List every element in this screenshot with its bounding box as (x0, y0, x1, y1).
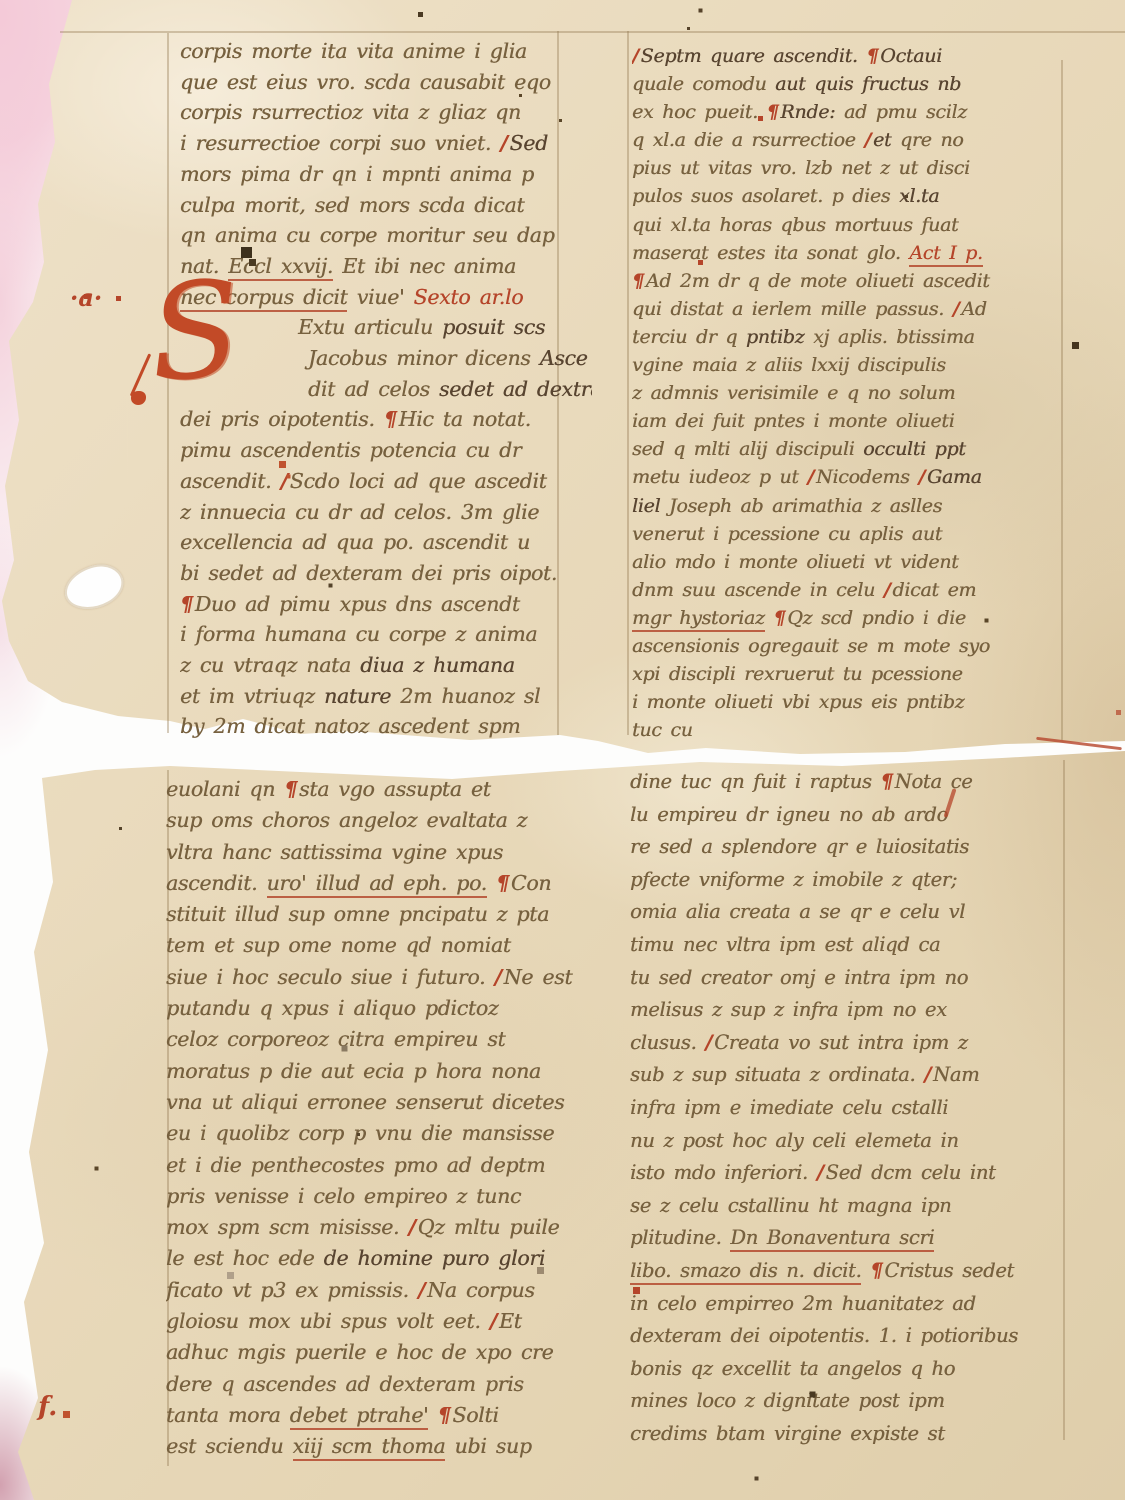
rubric-text: / (418, 1278, 425, 1302)
manuscript-text: z admnis verisimile e q no solum (632, 382, 955, 404)
manuscript-line: credims btam virgine expiste st (630, 1418, 1068, 1451)
manuscript-text: Duo ad pimu xpus dns ascendt (195, 592, 520, 616)
manuscript-text: Qz mltu puile (418, 1215, 560, 1239)
manuscript-line: ascendit. /Scdo loci ad que ascedit (180, 466, 592, 497)
manuscript-text: culpa morit, sed mors scda dicat (180, 193, 524, 217)
manuscript-line: ¶Duo ad pimu xpus dns ascendt (180, 589, 592, 620)
manuscript-text: aut quis fructus nb (775, 73, 961, 95)
manuscript-line: omia alia creata a se qr e celu vl (630, 896, 1068, 929)
manuscript-line: pulos suos asolaret. p dies xl.ta (632, 182, 1068, 210)
manuscript-text: vna ut aliqui erronee senserut dicetes (166, 1090, 564, 1114)
manuscript-line: qn anima cu corpe moritur seu dap (180, 220, 592, 251)
manuscript-line: et i die penthecostes pmo ad deptm (166, 1150, 590, 1181)
manuscript-text: re sed a splendore qr e luiositatis (630, 835, 969, 858)
rubric-text: ¶ (870, 1259, 882, 1282)
manuscript-text: quale comodu (632, 73, 775, 95)
manuscript-line: eu i quolibz corp p vnu die mansisse (166, 1118, 590, 1149)
manuscript-text: de homine puro glori (324, 1246, 546, 1270)
manuscript-text: viue' (347, 285, 413, 309)
manuscript-text: dicat em (892, 579, 976, 601)
manuscript-text: et i die penthecostes pmo ad deptm (166, 1153, 545, 1177)
manuscript-line: qui distat a ierlem mille passus. /Ad (632, 295, 1068, 323)
manuscript-text: dit ad celos (308, 377, 439, 401)
manuscript-text: maserat estes ita sonat glo. (632, 242, 909, 264)
manuscript-text: bi sedet ad dexteram dei pris oipot. (180, 561, 557, 585)
manuscript-line: culpa morit, sed mors scda dicat (180, 190, 592, 221)
manuscript-text: Dn Bonaventura scri (730, 1226, 934, 1252)
manuscript-line: xpi discipli rexruerut tu pcessione (632, 660, 1068, 688)
manuscript-line: iam dei fuit pntes i monte oliueti (632, 407, 1068, 435)
manuscript-text: qui distat a ierlem mille passus. (632, 298, 953, 320)
manuscript-text: mox spm scm misisse. (166, 1215, 408, 1239)
rubric-text: ¶ (866, 45, 878, 67)
manuscript-line: dei pris oipotentis. ¶Hic ta notat. (180, 404, 592, 435)
manuscript-text: Asce (540, 346, 588, 370)
rubric-text: / (953, 298, 960, 320)
manuscript-text: ascendit. (166, 871, 267, 895)
manuscript-text: Scdo loci ad que ascedit (290, 469, 547, 493)
manuscript-photo: corpis morte ita vita anime i gliaque es… (0, 0, 1125, 1500)
manuscript-text: ascendit. (180, 469, 281, 493)
manuscript-line: mines loco z dignitate post ipm (630, 1385, 1068, 1418)
manuscript-line: mors pima dr qn i mpnti anima p (180, 159, 592, 190)
manuscript-line: metu iudeoz p ut /Nicodems /Gama (632, 463, 1068, 491)
manuscript-line: z admnis verisimile e q no solum (632, 379, 1068, 407)
manuscript-text: Nicodems (816, 466, 918, 488)
manuscript-text: xj aplis. btissima (804, 326, 974, 348)
manuscript-text: tu sed creator omj e intra ipm no (630, 966, 968, 989)
manuscript-line: re sed a splendore qr e luiositatis (630, 831, 1068, 864)
manuscript-text: dnm suu ascende in celu (632, 579, 884, 601)
manuscript-text: adhuc mgis puerile e hoc de xpo cre (166, 1340, 553, 1364)
manuscript-text: Qz scd pndio i die (787, 607, 966, 629)
manuscript-text: xpi discipli rexruerut tu pcessione (632, 663, 963, 685)
rubric-text: / (884, 579, 891, 601)
rubric-text: / (817, 1161, 824, 1184)
manuscript-line: tanta mora debet ptrahe' ¶Solti (166, 1400, 590, 1431)
manuscript-line: tem et sup ome nome qd nomiat (166, 930, 590, 961)
manuscript-line: dexteram dei oipotentis. 1. i potioribus (630, 1320, 1068, 1353)
manuscript-text: clusus. (630, 1031, 705, 1054)
manuscript-line: quale comodu aut quis fructus nb (632, 70, 1068, 98)
manuscript-line: tu sed creator omj e intra ipm no (630, 962, 1068, 995)
manuscript-text: libo. smazo dis n. dicit. (630, 1259, 861, 1285)
manuscript-text: metu iudeoz p ut (632, 466, 807, 488)
manuscript-text: corpis rsurrectioz vita z gliaz qn (180, 100, 521, 124)
manuscript-line: z innuecia cu dr ad celos. 3m glie (180, 497, 592, 528)
manuscript-line: est sciendu xiij scm thoma ubi sup (166, 1431, 590, 1462)
manuscript-text: melisus z sup z infra ipm no ex (630, 998, 947, 1021)
rubric-text: Act I p. (909, 242, 982, 267)
manuscript-text: euolani qn (166, 777, 284, 801)
manuscript-text: Cristus sedet (884, 1259, 1014, 1282)
manuscript-text: Ne est (504, 965, 573, 989)
manuscript-line: melisus z sup z infra ipm no ex (630, 994, 1068, 1027)
manuscript-text: sta vgo assupta et (299, 777, 491, 801)
manuscript-line: que est eius vro. scda causabit eqo (180, 67, 592, 98)
manuscript-column-lower-left: euolani qn ¶sta vgo assupta etsup oms ch… (166, 774, 590, 1463)
manuscript-line: mox spm scm misisse. /Qz mltu puile (166, 1212, 590, 1243)
manuscript-line: venerut i pcessione cu aplis aut (632, 520, 1068, 548)
manuscript-text: Octaui (880, 45, 942, 67)
manuscript-line: q xl.a die a rsurrectioe /et qre no (632, 126, 1068, 154)
manuscript-text: ex hoc pueit. (632, 101, 767, 123)
manuscript-text: qre no (891, 129, 963, 151)
manuscript-line: /Septm quare ascendit. ¶Octaui (632, 42, 1068, 70)
manuscript-line: pfecte vniforme z imobile z qter; (630, 864, 1068, 897)
manuscript-text: qui xl.ta horas qbus mortuus fuat (632, 214, 958, 236)
manuscript-text (428, 1403, 437, 1427)
manuscript-text: nature (324, 684, 391, 708)
manuscript-text: xiij scm thoma (293, 1434, 446, 1461)
manuscript-text: Solti (452, 1403, 498, 1427)
manuscript-line: se z celu cstallinu ht magna ipn (630, 1190, 1068, 1223)
rubric-text: / (490, 1309, 497, 1333)
manuscript-text: timu nec vltra ipm est aliqd ca (630, 933, 940, 956)
rubric-text: ¶ (438, 1403, 451, 1427)
manuscript-text: Ad 2m dr q de mote oliueti ascedit (646, 270, 990, 292)
rubric-text: ¶ (881, 770, 893, 793)
manuscript-line: putandu q xpus i aliquo pdictoz (166, 993, 590, 1024)
rubric-text: Sexto ar.lo (414, 285, 524, 309)
manuscript-line: z cu vtraqz nata diua z humana (180, 650, 592, 681)
ink-specks (0, 0, 1, 1)
rubric-text: ¶ (767, 101, 779, 123)
manuscript-line: qui xl.ta horas qbus mortuus fuat (632, 211, 1068, 239)
manuscript-text: mors pima dr qn i mpnti anima p (180, 162, 534, 186)
manuscript-text: Septm quare ascendit. (641, 45, 867, 67)
manuscript-text: i resurrectioe corpi suo vniet. (180, 131, 500, 155)
manuscript-text: dei pris oipotentis. (180, 407, 384, 431)
manuscript-text: est sciendu (166, 1434, 293, 1458)
manuscript-text: putandu q xpus i aliquo pdictoz (166, 996, 498, 1020)
manuscript-line: vltra hanc sattissima vgine xpus (166, 837, 590, 868)
manuscript-text: pius ut vitas vro. lzb net z ut disci (632, 157, 970, 179)
manuscript-line: stituit illud sup omne pncipatu z pta (166, 899, 590, 930)
manuscript-line: euolani qn ¶sta vgo assupta et (166, 774, 590, 805)
manuscript-text: plitudine. (630, 1226, 730, 1249)
rubric-text: / (924, 1063, 931, 1086)
manuscript-text: uro' illud ad eph. po. (267, 871, 487, 898)
manuscript-text (861, 1259, 870, 1282)
manuscript-text: mines loco z dignitate post ipm (630, 1389, 945, 1412)
manuscript-text: stituit illud sup omne pncipatu z pta (166, 902, 549, 926)
manuscript-text: Et (499, 1309, 522, 1333)
manuscript-line: lu empireu dr igneu no ab ardo (630, 799, 1068, 832)
manuscript-line: gloiosu mox ubi spus volt eet. /Et (166, 1306, 590, 1337)
manuscript-text: z innuecia cu dr ad celos. 3m glie (180, 500, 539, 524)
manuscript-line: bonis qz excellit ta angelos q ho (630, 1353, 1068, 1386)
manuscript-text: diua z humana (360, 653, 515, 677)
rubric-text: ¶ (284, 777, 297, 801)
manuscript-text: Creata vo sut intra ipm z (714, 1031, 968, 1054)
manuscript-column-lower-right: dine tuc qn fuit i raptus ¶Nota celu emp… (630, 766, 1068, 1450)
manuscript-text: sedet ad dextraz (439, 377, 592, 401)
manuscript-line: corpis morte ita vita anime i glia (180, 36, 592, 67)
manuscript-text: Sed (509, 131, 547, 155)
manuscript-text: infra ipm e imediate celu cstalli (630, 1096, 948, 1119)
ruling-line-horizontal (60, 31, 1125, 33)
manuscript-line: nu z post hoc aly celi elemeta in (630, 1125, 1068, 1158)
manuscript-line: dine tuc qn fuit i raptus ¶Nota ce (630, 766, 1068, 799)
manuscript-text: Nam (933, 1063, 979, 1086)
manuscript-text: ficato vt p3 ex pmissis. (166, 1278, 418, 1302)
manuscript-text: ascensionis ogregauit se m mote syo (632, 635, 990, 657)
manuscript-text: excellencia ad qua po. ascendit u (180, 530, 530, 554)
manuscript-line: tuc cu (632, 716, 1068, 744)
manuscript-text: i forma humana cu corpe z anima (180, 622, 537, 646)
manuscript-text: Gama (927, 466, 982, 488)
manuscript-text: sed q mlti alij discipuli (632, 438, 863, 460)
manuscript-text: z cu vtraqz nata (180, 653, 360, 677)
manuscript-text: dine tuc qn fuit i raptus (630, 770, 881, 793)
manuscript-text: eu i quolibz corp p vnu die mansisse (166, 1121, 554, 1145)
manuscript-line: in celo empirreo 2m huanitatez ad (630, 1288, 1068, 1321)
manuscript-text: bonis qz excellit ta angelos q ho (630, 1357, 955, 1380)
manuscript-text: debet ptrahe' (290, 1403, 429, 1430)
manuscript-text: nu z post hoc aly celi elemeta in (630, 1129, 959, 1152)
manuscript-text: sup oms choros angeloz evaltata z (166, 808, 527, 832)
manuscript-text: Sed dcm celu int (826, 1161, 996, 1184)
rubric-text: / (918, 466, 925, 488)
manuscript-text: gloiosu mox ubi spus volt eet. (166, 1309, 490, 1333)
manuscript-text: q xl.a die a rsurrectioe (632, 129, 864, 151)
manuscript-text: posuit scs (442, 315, 545, 339)
manuscript-text: Nota ce (895, 770, 973, 793)
manuscript-line: ascendit. uro' illud ad eph. po. ¶Con (166, 868, 590, 899)
manuscript-line: et im vtriuqz nature 2m huanoz sl (180, 681, 592, 712)
manuscript-text: i monte oliueti vbi xpus eis pntibz (632, 691, 964, 713)
manuscript-text: iam dei fuit pntes i monte oliueti (632, 410, 954, 432)
ruling-line-gutter-right (627, 31, 629, 735)
manuscript-line: nat. Eccl xxvij. Et ibi nec anima (180, 251, 592, 282)
manuscript-line: alio mdo i monte oliueti vt vident (632, 548, 1068, 576)
rubric-text: / (705, 1031, 712, 1054)
manuscript-text: in celo empirreo 2m huanitatez ad (630, 1292, 976, 1315)
manuscript-line: pris venisse i celo empireo z tunc (166, 1181, 590, 1212)
manuscript-text: isto mdo inferiori. (630, 1161, 817, 1184)
rubric-text: / (494, 965, 501, 989)
manuscript-line: corpis rsurrectioz vita z gliaz qn (180, 97, 592, 128)
manuscript-text: corpis morte ita vita anime i glia (180, 39, 527, 63)
manuscript-line: pius ut vitas vro. lzb net z ut disci (632, 154, 1068, 182)
manuscript-line: vna ut aliqui erronee senserut dicetes (166, 1087, 590, 1118)
manuscript-text: Rnde: (780, 101, 835, 123)
manuscript-line: pimu ascendentis potencia cu dr (180, 435, 592, 466)
manuscript-line: mgr hystoriaz ¶Qz scd pndio i die (632, 604, 1068, 632)
manuscript-line: moratus p die aut ecia p hora nona (166, 1056, 590, 1087)
margin-mark-a: ·a· (70, 283, 102, 312)
manuscript-line: sup oms choros angeloz evaltata z (166, 805, 590, 836)
manuscript-text: celoz corporeoz citra empireu st (166, 1027, 505, 1051)
manuscript-text: Eccl xxvij. (228, 254, 333, 281)
manuscript-text: tem et sup ome nome qd nomiat (166, 933, 511, 957)
manuscript-line: terciu dr q pntibz xj aplis. btissima (632, 323, 1068, 351)
manuscript-text: Con (511, 871, 551, 895)
manuscript-line: ascensionis ogregauit se m mote syo (632, 632, 1068, 660)
rubric-text: / (864, 129, 871, 151)
manuscript-text: et im vtriuqz (180, 684, 324, 708)
manuscript-text: Jacobus minor dicens (308, 346, 540, 370)
rubric-text: ¶ (496, 871, 509, 895)
manuscript-column-upper-right: /Septm quare ascendit. ¶Octauiquale como… (632, 42, 1068, 744)
manuscript-line: bi sedet ad dexteram dei pris oipot. (180, 558, 592, 589)
manuscript-line: isto mdo inferiori. /Sed dcm celu int (630, 1157, 1068, 1190)
rubric-text: ¶ (384, 407, 397, 431)
manuscript-text: 2m huanoz sl (391, 684, 540, 708)
manuscript-text: tuc cu (632, 719, 693, 741)
manuscript-line: libo. smazo dis n. dicit. ¶Cristus sedet (630, 1255, 1068, 1288)
manuscript-text: Ad (961, 298, 986, 320)
rubric-text: / (408, 1215, 415, 1239)
manuscript-text: liel (632, 495, 669, 517)
manuscript-line: infra ipm e imediate celu cstalli (630, 1092, 1068, 1125)
manuscript-line: dere q ascendes ad dexteram pris (166, 1369, 590, 1400)
manuscript-line: i resurrectioe corpi suo vniet. /Sed (180, 128, 592, 159)
manuscript-line: timu nec vltra ipm est aliqd ca (630, 929, 1068, 962)
manuscript-text: vgine maia z aliis lxxij discipulis (632, 354, 946, 376)
manuscript-text: credims btam virgine expiste st (630, 1422, 945, 1445)
manuscript-line: maserat estes ita sonat glo. Act I p. (632, 239, 1068, 267)
manuscript-line: ficato vt p3 ex pmissis. /Na corpus (166, 1275, 590, 1306)
manuscript-text: sub z sup situata z ordinata. (630, 1063, 924, 1086)
manuscript-line: excellencia ad qua po. ascendit u (180, 527, 592, 558)
manuscript-text: Et ibi nec anima (333, 254, 516, 278)
manuscript-text: occulti ppt (863, 438, 965, 460)
manuscript-line: liel Joseph ab arimathia z aslles (632, 492, 1068, 520)
manuscript-text: Extu articulu (298, 315, 442, 339)
manuscript-text: le est hoc ede (166, 1246, 324, 1270)
manuscript-line: celoz corporeoz citra empireu st (166, 1024, 590, 1055)
manuscript-line: siue i hoc seculo siue i futuro. /Ne est (166, 962, 590, 993)
rubric-text: ¶ (773, 607, 785, 629)
manuscript-text: qn anima cu corpe moritur seu dap (180, 223, 554, 247)
manuscript-line: i monte oliueti vbi xpus eis pntibz (632, 688, 1068, 716)
manuscript-text: pulos suos asolaret. p dies (632, 185, 899, 207)
manuscript-text: tanta mora (166, 1403, 290, 1427)
manuscript-text: dexteram dei oipotentis. 1. i potioribus (630, 1324, 1018, 1347)
manuscript-line: sub z sup situata z ordinata. /Nam (630, 1059, 1068, 1092)
manuscript-line: clusus. /Creata vo sut intra ipm z (630, 1027, 1068, 1060)
manuscript-text: pntibz (746, 326, 804, 348)
rubric-text: ¶ (632, 270, 644, 292)
manuscript-text: lu empireu dr igneu no ab ardo (630, 803, 948, 826)
manuscript-text: omia alia creata a se qr e celu vl (630, 900, 965, 923)
manuscript-line: sed q mlti alij discipuli occulti ppt (632, 435, 1068, 463)
manuscript-text: terciu dr q (632, 326, 746, 348)
manuscript-text: que est eius vro. scda causabit eqo (180, 70, 551, 94)
manuscript-text: pris venisse i celo empireo z tunc (166, 1184, 521, 1208)
manuscript-line: le est hoc ede de homine puro glori (166, 1243, 590, 1274)
manuscript-text: by 2m dicat natoz ascedent spm (180, 714, 520, 738)
manuscript-line: by 2m dicat natoz ascedent spm (180, 711, 592, 742)
manuscript-text: mgr hystoriaz (632, 607, 765, 632)
manuscript-text (487, 871, 496, 895)
manuscript-text: ad pmu scilz (835, 101, 967, 123)
manuscript-line: i forma humana cu corpe z anima (180, 619, 592, 650)
manuscript-text: Hic ta notat. (399, 407, 531, 431)
manuscript-text: et (873, 129, 891, 151)
manuscript-line: nec corpus dicit viue' Sexto ar.lo (180, 282, 592, 313)
manuscript-text: pfecte vniforme z imobile z qter; (630, 868, 957, 891)
rubric-text: / (500, 131, 507, 155)
manuscript-text: Joseph ab arimathia z aslles (669, 495, 942, 517)
manuscript-text: moratus p die aut ecia p hora nona (166, 1059, 541, 1083)
manuscript-text: dere q ascendes ad dexteram pris (166, 1372, 524, 1396)
manuscript-text: siue i hoc seculo siue i futuro. (166, 965, 494, 989)
manuscript-line: ¶Ad 2m dr q de mote oliueti ascedit (632, 267, 1068, 295)
manuscript-text: se z celu cstallinu ht magna ipn (630, 1194, 951, 1217)
rubric-text: / (807, 466, 814, 488)
manuscript-line: dnm suu ascende in celu /dicat em (632, 576, 1068, 604)
manuscript-text: vltra hanc sattissima vgine xpus (166, 840, 503, 864)
rubric-text: / (281, 469, 288, 493)
manuscript-text: venerut i pcessione cu aplis aut (632, 523, 942, 545)
rubric-text: ¶ (180, 592, 193, 616)
rubric-text: / (632, 45, 639, 67)
manuscript-text: Na corpus (427, 1278, 534, 1302)
decorated-initial: S (146, 269, 245, 395)
manuscript-text: xl.ta (899, 185, 939, 207)
manuscript-line: vgine maia z aliis lxxij discipulis (632, 351, 1068, 379)
manuscript-line: Extu articulu posuit scs (180, 312, 592, 343)
manuscript-text: alio mdo i monte oliueti vt vident (632, 551, 958, 573)
manuscript-line: adhuc mgis puerile e hoc de xpo cre (166, 1337, 590, 1368)
margin-mark-f: f. (38, 1392, 57, 1422)
manuscript-line: ex hoc pueit. ¶Rnde: ad pmu scilz (632, 98, 1068, 126)
manuscript-text: ubi sup (445, 1434, 531, 1458)
manuscript-text: pimu ascendentis potencia cu dr (180, 438, 521, 462)
manuscript-line: plitudine. Dn Bonaventura scri (630, 1222, 1068, 1255)
